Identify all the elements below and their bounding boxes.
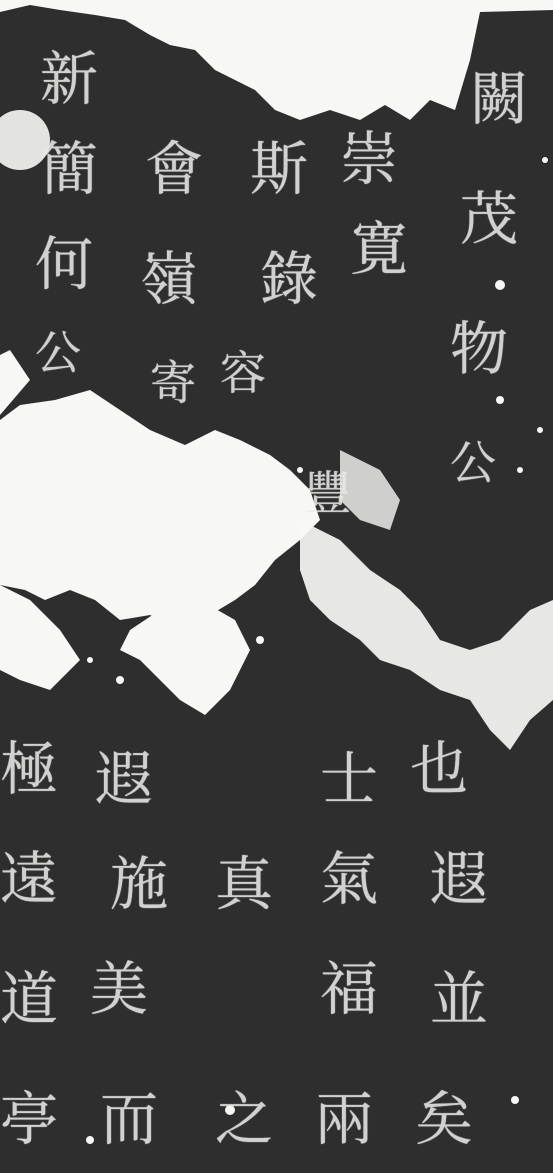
stele-character: 錄 xyxy=(260,250,318,308)
stele-character: 而 xyxy=(100,1090,158,1148)
stele-character: 斯 xyxy=(250,140,308,198)
stele-character: 氣 xyxy=(320,850,378,908)
stele-character: 道 xyxy=(0,970,58,1028)
stele-character: 福 xyxy=(320,960,378,1018)
stele-character: 亭 xyxy=(0,1090,58,1148)
stele-character: 兩 xyxy=(315,1090,373,1148)
stele-character: 物 xyxy=(450,320,508,378)
stele-character: 士 xyxy=(320,750,378,808)
stele-character: 並 xyxy=(430,970,488,1028)
stele-character: 之 xyxy=(215,1090,273,1148)
stele-character: 極 xyxy=(0,740,58,798)
stele-character: 嶺 xyxy=(140,250,198,308)
stele-character: 美 xyxy=(90,960,148,1018)
stele-character: 茂 xyxy=(460,190,518,248)
stele-character: 簡 xyxy=(40,140,98,198)
stele-character: 新 xyxy=(40,50,98,108)
stele-character: 崇 xyxy=(340,130,398,188)
stele-character: 寄 xyxy=(150,360,196,406)
stele-character: 施 xyxy=(110,855,168,913)
stele-character: 真 xyxy=(215,855,273,913)
stele-character: 公 xyxy=(450,440,496,486)
stele-character: 公 xyxy=(35,330,81,376)
stele-character: 矣 xyxy=(415,1090,473,1148)
stele-character: 遠 xyxy=(0,850,58,908)
stele-character: 會 xyxy=(145,140,203,198)
stele-character: 遐 xyxy=(430,850,488,908)
stele-character: 何 xyxy=(35,235,93,293)
stele-rubbing: 闕 茂 物 公 崇 寛 豐 斯 錄 容 會 嶺 寄 新 簡 何 公 也 遐 並 … xyxy=(0,0,553,1173)
stele-character: 容 xyxy=(220,350,266,396)
stele-character: 豐 xyxy=(305,470,351,516)
stele-character: 遐 xyxy=(95,750,153,808)
stele-character: 寛 xyxy=(350,220,408,278)
stele-character: 闕 xyxy=(470,70,528,128)
stele-character: 也 xyxy=(410,740,468,798)
